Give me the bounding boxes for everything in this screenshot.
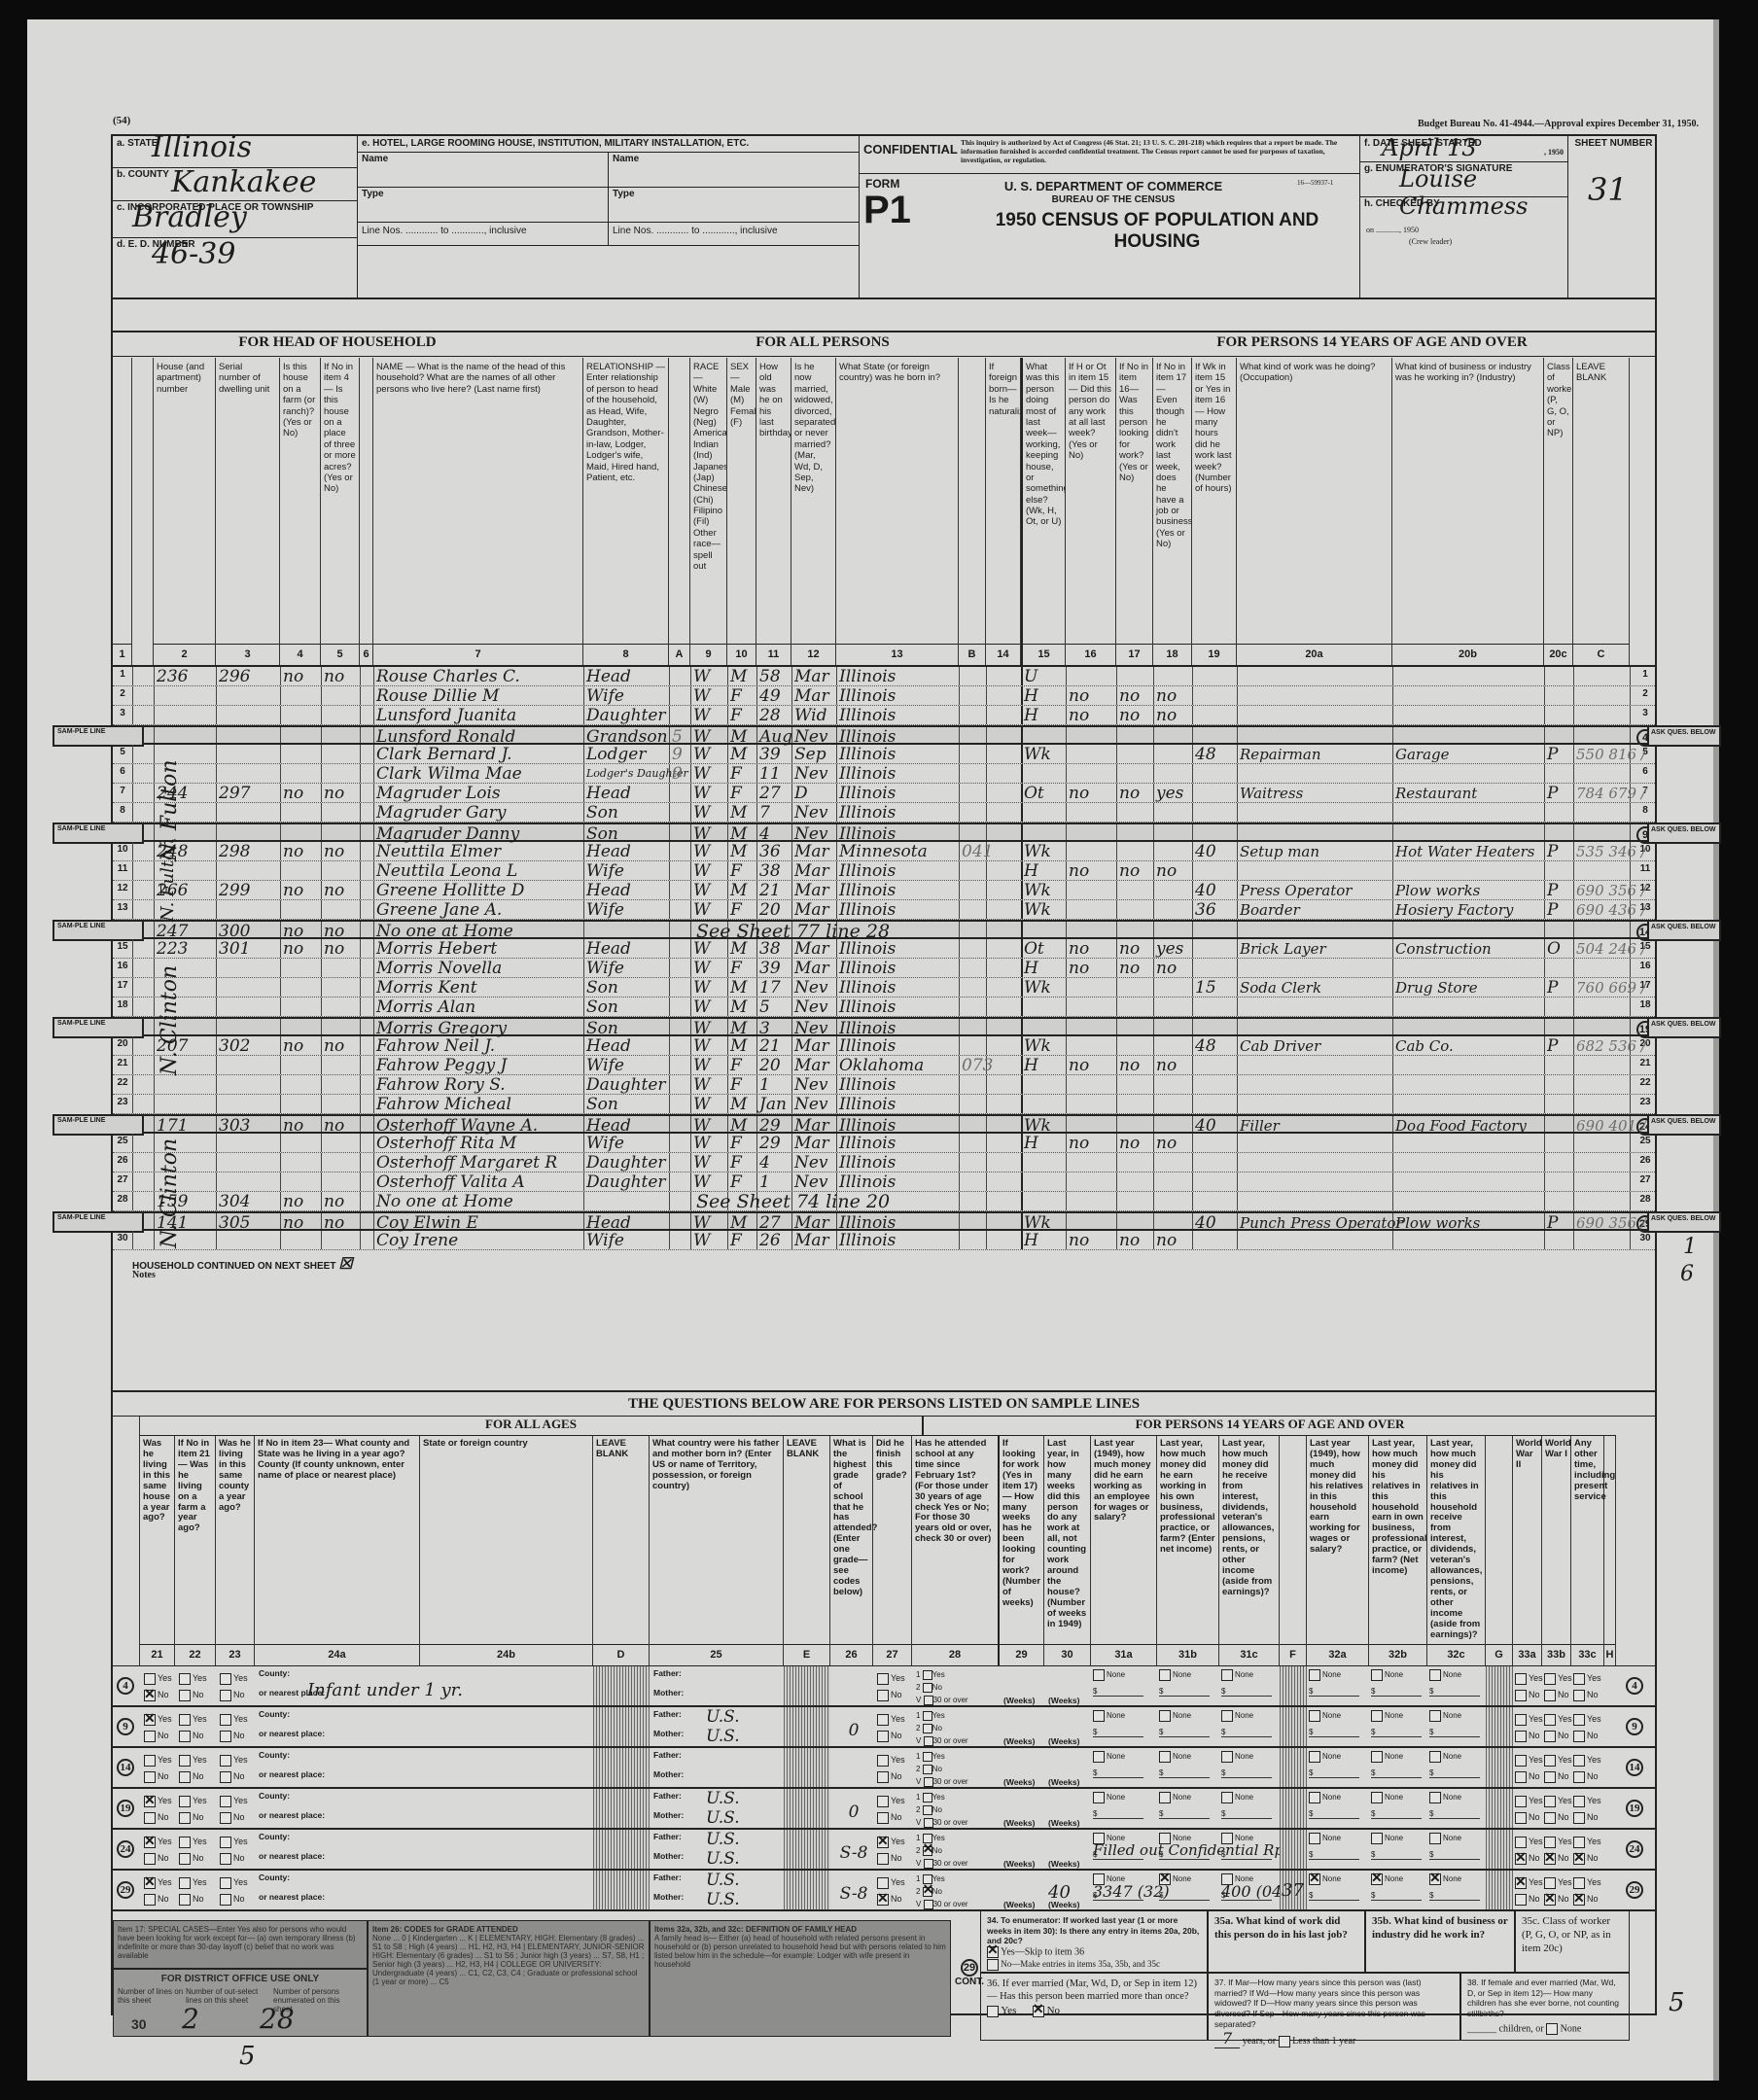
q22-no-checkbox[interactable] — [179, 1771, 191, 1783]
weeks-label-30: (Weeks) — [1048, 1696, 1079, 1705]
leave-blank-hatch — [1280, 1666, 1307, 1705]
q32b-none-checkbox[interactable] — [1371, 1873, 1383, 1885]
cell-nat — [989, 959, 1020, 977]
q33a-yes-checkbox[interactable] — [1515, 1837, 1527, 1848]
table-row: 1919SAM-PLE LINEASK QUES. BELOWMorris Gr… — [113, 1017, 1655, 1036]
q32a-none-checkbox[interactable] — [1309, 1873, 1320, 1885]
cell-sex: M — [730, 997, 756, 1016]
q31b-none-checkbox[interactable] — [1159, 1669, 1171, 1681]
q28-V-checkbox[interactable] — [924, 1900, 933, 1909]
q33a-yes-checkbox[interactable] — [1515, 1796, 1527, 1807]
q21-no-checkbox[interactable] — [144, 1853, 156, 1865]
q27-yes-checkbox[interactable] — [877, 1755, 889, 1767]
sample-line-number-right: 4 — [1626, 1677, 1643, 1695]
q33b-no-checkbox[interactable] — [1544, 1690, 1556, 1701]
cell-cls: P — [1547, 881, 1572, 899]
q33c-yes-checkbox[interactable] — [1573, 1877, 1585, 1889]
cell-act: Wk — [1024, 842, 1065, 860]
cell-mar: Nev — [794, 803, 835, 822]
cell-rel: Head — [586, 1213, 668, 1229]
cell-hours — [1195, 764, 1236, 783]
cell-hours — [1195, 922, 1236, 937]
col-6: 6 — [360, 358, 373, 665]
q27-no-checkbox[interactable] — [877, 1771, 889, 1783]
margin-mark-s: 5 — [1669, 1988, 1685, 2017]
leave-blank-hatch — [1280, 1789, 1307, 1828]
cell-born: Illinois — [839, 939, 958, 958]
q31c-none-checkbox[interactable] — [1221, 1792, 1233, 1803]
cell-b — [962, 939, 985, 958]
county-label: County: — [259, 1832, 290, 1841]
cell-act — [1024, 727, 1065, 743]
sample-grade: 0 — [834, 1721, 873, 1740]
sheet-number-label: SHEET NUMBER — [1568, 138, 1659, 149]
q33c-no-checkbox[interactable] — [1573, 1812, 1585, 1824]
q31b-none-checkbox[interactable] — [1159, 1751, 1171, 1763]
q32a-none-checkbox[interactable] — [1309, 1710, 1320, 1722]
cell-serial: 301 — [219, 939, 279, 958]
q33a-yes-checkbox[interactable] — [1515, 1673, 1527, 1685]
cell-q17: no — [1119, 1056, 1152, 1074]
cell-occ: Punch Press Operator — [1240, 1213, 1391, 1229]
cell-mar: Nev — [794, 1153, 835, 1172]
sample-col-31a: Last year (1949), how much money did he … — [1091, 1436, 1157, 1665]
cell-acres — [324, 764, 359, 783]
cell-q18: no — [1156, 1134, 1191, 1152]
q21-yes-checkbox[interactable] — [144, 1755, 156, 1767]
cell-q16: no — [1069, 861, 1115, 880]
q33b-yes-checkbox[interactable] — [1544, 1714, 1556, 1726]
q33b-yes-checkbox[interactable] — [1544, 1877, 1556, 1889]
cell-q18: no — [1156, 1056, 1191, 1074]
leave-blank-hatch — [593, 1666, 650, 1705]
cell-farm — [283, 824, 320, 840]
q28-V-checkbox[interactable] — [924, 1818, 933, 1828]
q33b-yes-checkbox[interactable] — [1544, 1673, 1556, 1685]
q28-V-checkbox[interactable] — [924, 1777, 933, 1787]
q34-yes-checkbox[interactable] — [987, 1946, 999, 1958]
cell-a — [672, 939, 689, 958]
q31b-none-checkbox[interactable] — [1159, 1873, 1171, 1885]
mother-label: Mother: — [653, 1810, 684, 1820]
cell-mar: Mar — [794, 667, 835, 685]
cell-age: Aug — [759, 727, 791, 743]
q33c-no-checkbox[interactable] — [1573, 1853, 1585, 1865]
q27-no-checkbox[interactable] — [877, 1690, 889, 1701]
col-3: Serial number of dwelling unit3 — [216, 358, 280, 665]
line-number: 28 — [107, 1194, 138, 1205]
q28-1-checkbox[interactable] — [923, 1670, 932, 1680]
sample-col-g: G — [1486, 1436, 1513, 1665]
table-row: 1818Morris AlanSonWM5NevIllinois — [113, 997, 1655, 1017]
q33a-yes-checkbox[interactable] — [1515, 1877, 1527, 1889]
cell-ind — [1395, 824, 1543, 840]
cell-born: Illinois — [839, 1075, 958, 1094]
q33c-no-checkbox[interactable] — [1573, 1690, 1585, 1701]
leave-blank-hatch — [1486, 1666, 1513, 1705]
q33b-no-checkbox[interactable] — [1544, 1812, 1556, 1824]
sample-row: 29YesNoYesNoYesNoCounty:or nearest place… — [113, 1871, 1655, 1911]
q33b-yes-checkbox[interactable] — [1544, 1755, 1556, 1767]
q32b-none-checkbox[interactable] — [1371, 1669, 1383, 1681]
cell-hours: 15 — [1195, 978, 1236, 997]
cell-mar: Mar — [794, 842, 835, 860]
cell-farm — [283, 745, 320, 763]
q31b-none-checkbox[interactable] — [1159, 1710, 1171, 1722]
cell-race: W — [693, 997, 726, 1016]
q33a-no-checkbox[interactable] — [1515, 1731, 1527, 1742]
cell-b — [962, 1134, 985, 1152]
cell-q16 — [1069, 764, 1115, 783]
line-number: 28 — [1630, 1194, 1661, 1205]
cell-sex: M — [730, 881, 756, 899]
table-row: 2222Fahrow Rory S.DaughterWF1NevIllinois — [113, 1075, 1655, 1095]
q32c-none-checkbox[interactable] — [1429, 1833, 1441, 1844]
q28-2-checkbox[interactable] — [923, 1846, 932, 1856]
q22-yes-checkbox[interactable] — [179, 1714, 191, 1726]
q33c-no-checkbox[interactable] — [1573, 1771, 1585, 1783]
cell-occ — [1240, 1153, 1391, 1172]
cell-mar: Mar — [794, 959, 835, 977]
cell-act — [1024, 1019, 1065, 1034]
cell-farm — [283, 686, 320, 705]
line-number: 12 — [107, 883, 138, 893]
weeks-label-30: (Weeks) — [1048, 1859, 1079, 1869]
cell-born: Illinois — [839, 1231, 958, 1249]
cell-nat — [989, 1036, 1020, 1055]
q31a-none-checkbox[interactable] — [1093, 1710, 1105, 1722]
q28-V-checkbox[interactable] — [924, 1859, 933, 1869]
q33a-no-checkbox[interactable] — [1515, 1812, 1527, 1824]
line-number: 30 — [1630, 1233, 1661, 1243]
q23-no-checkbox[interactable] — [220, 1812, 231, 1824]
cell-name: Morris Hebert — [376, 939, 582, 958]
q31b-none-checkbox[interactable] — [1159, 1792, 1171, 1803]
q28-2-checkbox[interactable] — [923, 1683, 932, 1693]
cell-mar: Mar — [794, 1116, 835, 1132]
col-16: If H or Ot in item 15— Did this person d… — [1066, 358, 1116, 665]
q31c-none-checkbox[interactable] — [1221, 1833, 1233, 1844]
cell-a: 9 — [672, 764, 689, 783]
q28-2-checkbox[interactable] — [923, 1805, 932, 1815]
cell-b: 041 — [962, 842, 985, 860]
q32b-none-checkbox[interactable] — [1371, 1792, 1383, 1803]
q27-no-checkbox[interactable] — [877, 1853, 889, 1865]
q32c-none-checkbox[interactable] — [1429, 1873, 1441, 1885]
confidential-label: CONFIDENTIAL — [863, 142, 958, 157]
q33c-yes-checkbox[interactable] — [1573, 1673, 1585, 1685]
q21-yes-checkbox[interactable] — [144, 1837, 156, 1848]
cell-farm: no — [283, 881, 320, 899]
q28-2-checkbox[interactable] — [923, 1887, 932, 1897]
cell-code — [1576, 861, 1629, 880]
q33a-no-checkbox[interactable] — [1515, 1771, 1527, 1783]
q33c-yes-checkbox[interactable] — [1573, 1796, 1585, 1807]
sample-row: 4YesNoYesNoYesNoCounty:or nearest place:… — [113, 1666, 1655, 1707]
q33a-no-checkbox[interactable] — [1515, 1894, 1527, 1906]
q22-yes-checkbox[interactable] — [179, 1877, 191, 1889]
q23-no-checkbox[interactable] — [220, 1771, 231, 1783]
q27-no-checkbox[interactable] — [877, 1812, 889, 1824]
cell-race: W — [693, 1153, 726, 1172]
col-2: House (and apartment) number2 — [154, 358, 216, 665]
q32b-none-checkbox[interactable] — [1371, 1751, 1383, 1763]
q28-V-checkbox[interactable] — [924, 1736, 933, 1746]
q31a-none-checkbox[interactable] — [1093, 1792, 1105, 1803]
cell-ind — [1395, 1056, 1543, 1074]
cell-cls: P — [1547, 842, 1572, 860]
cell-name: Fahrow Neil J. — [376, 1036, 582, 1055]
q31c-none-checkbox[interactable] — [1221, 1751, 1233, 1763]
cell-acres — [324, 1019, 359, 1034]
q33a-no-checkbox[interactable] — [1515, 1690, 1527, 1701]
q33c-yes-checkbox[interactable] — [1573, 1714, 1585, 1726]
cell-b — [962, 922, 985, 937]
q28-1-checkbox[interactable] — [923, 1793, 932, 1802]
q28-V-checkbox[interactable] — [924, 1696, 933, 1705]
date-value: April 13 — [1382, 134, 1477, 161]
cell-occ: Boarder — [1240, 900, 1391, 919]
q23-no-checkbox[interactable] — [220, 1731, 231, 1742]
leave-blank-hatch — [593, 1748, 650, 1787]
cell-occ — [1240, 824, 1391, 840]
q33b-no-checkbox[interactable] — [1544, 1853, 1556, 1865]
cell-occ — [1240, 959, 1391, 977]
cell-b — [962, 745, 985, 763]
cell-rel: Son — [586, 1019, 668, 1034]
cell-hours — [1195, 667, 1236, 685]
q32c-none-checkbox[interactable] — [1429, 1751, 1441, 1763]
q21-yes-checkbox[interactable] — [144, 1673, 156, 1685]
q33c-yes-checkbox[interactable] — [1573, 1755, 1585, 1767]
q32c-none-checkbox[interactable] — [1429, 1792, 1441, 1803]
cell-sex: F — [730, 1172, 756, 1191]
q21-yes-checkbox[interactable] — [144, 1714, 156, 1726]
q23-yes-checkbox[interactable] — [220, 1877, 231, 1889]
table-row: 1616Morris NovellaWifeWF39MarIllinoisHno… — [113, 959, 1655, 978]
q33b-yes-checkbox[interactable] — [1544, 1796, 1556, 1807]
father-label: Father: — [653, 1709, 682, 1719]
q21-yes-checkbox[interactable] — [144, 1796, 156, 1807]
sample-col-24a: If No in item 23— What county and State … — [255, 1436, 420, 1665]
cell-acres: no — [324, 784, 359, 802]
q22-yes-checkbox[interactable] — [179, 1796, 191, 1807]
q33b-yes-checkbox[interactable] — [1544, 1837, 1556, 1848]
table-row: 1212266299nonoGreene Hollitte DHeadWM21M… — [113, 881, 1655, 900]
cell-born: Illinois — [839, 764, 958, 783]
table-row: 2626Osterhoff Margaret RDaughterWF4NevIl… — [113, 1153, 1655, 1172]
sample-father: U.S. — [706, 1707, 784, 1727]
sample-row: 19YesNoYesNoYesNoCounty:or nearest place… — [113, 1789, 1655, 1830]
cell-mar: Nev — [794, 824, 835, 840]
cell-cls: P — [1547, 784, 1572, 802]
cell-act: H — [1024, 1056, 1065, 1074]
q32a-none-checkbox[interactable] — [1309, 1792, 1320, 1803]
q27-yes-checkbox[interactable] — [877, 1837, 889, 1848]
cell-q16 — [1069, 1019, 1115, 1034]
q21-yes-checkbox[interactable] — [144, 1877, 156, 1889]
q33b-no-checkbox[interactable] — [1544, 1771, 1556, 1783]
q23-no-checkbox[interactable] — [220, 1853, 231, 1865]
household-continued-mark[interactable]: ☒ — [338, 1254, 352, 1273]
q21-no-checkbox[interactable] — [144, 1771, 156, 1783]
cell-a — [672, 1116, 689, 1132]
cell-rel: Son — [586, 803, 668, 822]
q23-no-checkbox[interactable] — [220, 1894, 231, 1906]
weeks-label-29: (Weeks) — [1003, 1736, 1035, 1746]
q22-yes-checkbox[interactable] — [179, 1755, 191, 1767]
q22-yes-checkbox[interactable] — [179, 1673, 191, 1685]
q33a-yes-checkbox[interactable] — [1515, 1714, 1527, 1726]
sample-col-d: LEAVE BLANKD — [593, 1436, 650, 1665]
cell-sex: M — [730, 1095, 756, 1113]
household-continued-label: HOUSEHOLD CONTINUED ON NEXT SHEET ☒ — [132, 1254, 353, 1273]
leave-blank-hatch — [1486, 1830, 1513, 1869]
q22-no-checkbox[interactable] — [179, 1731, 191, 1742]
q33a-yes-checkbox[interactable] — [1515, 1755, 1527, 1767]
q21-no-checkbox[interactable] — [144, 1731, 156, 1742]
cell-hours — [1195, 997, 1236, 1016]
q33c-no-checkbox[interactable] — [1573, 1731, 1585, 1742]
cell-b — [962, 1019, 985, 1034]
cell-farm — [283, 997, 320, 1016]
cell-b — [962, 1231, 985, 1249]
cell-mar: Wid — [794, 706, 835, 724]
cell-acres — [324, 959, 359, 977]
q27-no-checkbox[interactable] — [877, 1894, 889, 1906]
weeks-label-29: (Weeks) — [1003, 1818, 1035, 1828]
q31c-none-checkbox[interactable] — [1221, 1710, 1233, 1722]
q28-1-checkbox[interactable] — [923, 1752, 932, 1762]
q32b-none-checkbox[interactable] — [1371, 1833, 1383, 1844]
cell-sex: F — [730, 1231, 756, 1249]
sample-county: Infant under 1 yr. — [307, 1680, 599, 1700]
sample-col-26: What is the highest grade of school that… — [830, 1436, 873, 1665]
cell-farm — [283, 1095, 320, 1113]
cell-occ — [1240, 686, 1391, 705]
q27-yes-checkbox[interactable] — [877, 1796, 889, 1807]
cell-q18 — [1156, 1172, 1191, 1191]
q37-less-checkbox[interactable] — [1279, 2036, 1290, 2047]
q34-no-checkbox[interactable] — [987, 1959, 999, 1971]
q22-no-checkbox[interactable] — [179, 1812, 191, 1824]
sample-line-number: 29 — [117, 1881, 134, 1899]
sample-col-24b: State or foreign country24b — [420, 1436, 593, 1665]
cell-nat — [989, 1153, 1020, 1172]
q31b-none-checkbox[interactable] — [1159, 1833, 1171, 1844]
cell-race: W — [693, 1036, 726, 1055]
q38-none-checkbox[interactable] — [1546, 2023, 1558, 2035]
line-number: 8 — [1630, 805, 1661, 816]
q23-yes-checkbox[interactable] — [220, 1755, 231, 1767]
q33b-no-checkbox[interactable] — [1544, 1731, 1556, 1742]
cell-born: Illinois — [839, 667, 958, 685]
cell-code: 682 536 / — [1576, 1036, 1629, 1055]
q32b-none-checkbox[interactable] — [1371, 1710, 1383, 1722]
cell-mar: Nev — [794, 1095, 835, 1113]
q31a-none-checkbox[interactable] — [1093, 1751, 1105, 1763]
q32c-none-checkbox[interactable] — [1429, 1710, 1441, 1722]
cell-cls — [1547, 686, 1572, 705]
section-persons-14: FOR PERSONS 14 YEARS OF AGE AND OVER — [1124, 334, 1620, 351]
col-11: How old was he on his last birthday?11 — [756, 358, 791, 665]
q32a-none-checkbox[interactable] — [1309, 1751, 1320, 1763]
q32a-none-checkbox[interactable] — [1309, 1833, 1320, 1844]
cell-q18 — [1156, 997, 1191, 1016]
cell-ind — [1395, 1172, 1543, 1191]
col-18: If No in item 17— Even though he didn't … — [1153, 358, 1192, 665]
cell-farm: no — [283, 1192, 320, 1210]
q27-yes-checkbox[interactable] — [877, 1673, 889, 1685]
cell-occ — [1240, 1134, 1391, 1152]
q22-yes-checkbox[interactable] — [179, 1837, 191, 1848]
q22-no-checkbox[interactable] — [179, 1853, 191, 1865]
q21-no-checkbox[interactable] — [144, 1894, 156, 1906]
q23-yes-checkbox[interactable] — [220, 1796, 231, 1807]
q23-yes-checkbox[interactable] — [220, 1714, 231, 1726]
q21-no-checkbox[interactable] — [144, 1812, 156, 1824]
cell-q17 — [1119, 1213, 1152, 1229]
cell-rel: Daughter — [586, 706, 668, 724]
q27-yes-checkbox[interactable] — [877, 1877, 889, 1889]
q32a-none-checkbox[interactable] — [1309, 1669, 1320, 1681]
checked-label: h. CHECKED BY — [1364, 198, 1440, 209]
cell-acres: no — [324, 1116, 359, 1132]
q23-yes-checkbox[interactable] — [220, 1837, 231, 1848]
cell-serial: 297 — [219, 784, 279, 802]
q23-yes-checkbox[interactable] — [220, 1673, 231, 1685]
table-row: 2020207302nonoFahrow Neil J.HeadWM21MarI… — [113, 1036, 1655, 1056]
sample-grade: S-8 — [834, 1843, 873, 1863]
q36-no-checkbox[interactable] — [1033, 2006, 1044, 2017]
q27-yes-checkbox[interactable] — [877, 1714, 889, 1726]
q33a-no-checkbox[interactable] — [1515, 1853, 1527, 1865]
cell-q18 — [1156, 1019, 1191, 1034]
cell-cls — [1547, 1056, 1572, 1074]
cell-born: See Sheet 74 line 20 — [696, 1192, 988, 1210]
cell-cls — [1547, 1153, 1572, 1172]
q23-no-checkbox[interactable] — [220, 1690, 231, 1701]
cell-sex: F — [730, 959, 756, 977]
q33b-no-checkbox[interactable] — [1544, 1894, 1556, 1906]
q28-2-checkbox[interactable] — [923, 1724, 932, 1733]
cell-name: Clark Wilma Mae — [376, 764, 582, 783]
q33c-no-checkbox[interactable] — [1573, 1894, 1585, 1906]
checked-on: on ............, 1950 — [1366, 226, 1419, 234]
q32c-none-checkbox[interactable] — [1429, 1669, 1441, 1681]
q22-no-checkbox[interactable] — [179, 1894, 191, 1906]
cell-name: Fahrow Rory S. — [376, 1075, 582, 1094]
q33c-yes-checkbox[interactable] — [1573, 1837, 1585, 1848]
q37-years-value[interactable]: 7 — [1214, 2029, 1240, 2048]
cell-name: Morris Novella — [376, 959, 582, 977]
q22-no-checkbox[interactable] — [179, 1690, 191, 1701]
q27-no-checkbox[interactable] — [877, 1731, 889, 1742]
q36-yes-checkbox[interactable] — [987, 2006, 999, 2017]
q21-no-checkbox[interactable] — [144, 1690, 156, 1701]
cell-occ: Waitress — [1240, 784, 1391, 802]
cell-acres — [324, 1153, 359, 1172]
q31c-none-checkbox[interactable] — [1221, 1669, 1233, 1681]
cell-cls — [1547, 959, 1572, 977]
q28-2-checkbox[interactable] — [923, 1765, 932, 1774]
line-number: 23 — [1630, 1097, 1661, 1107]
q28-1-checkbox[interactable] — [923, 1711, 932, 1721]
out-select-value: 2 — [182, 2003, 199, 2035]
question-36: 36. If ever married (Mar, Wd, D, or Sep … — [980, 1973, 1208, 2041]
q31a-none-checkbox[interactable] — [1093, 1669, 1105, 1681]
cell-b — [962, 667, 985, 685]
